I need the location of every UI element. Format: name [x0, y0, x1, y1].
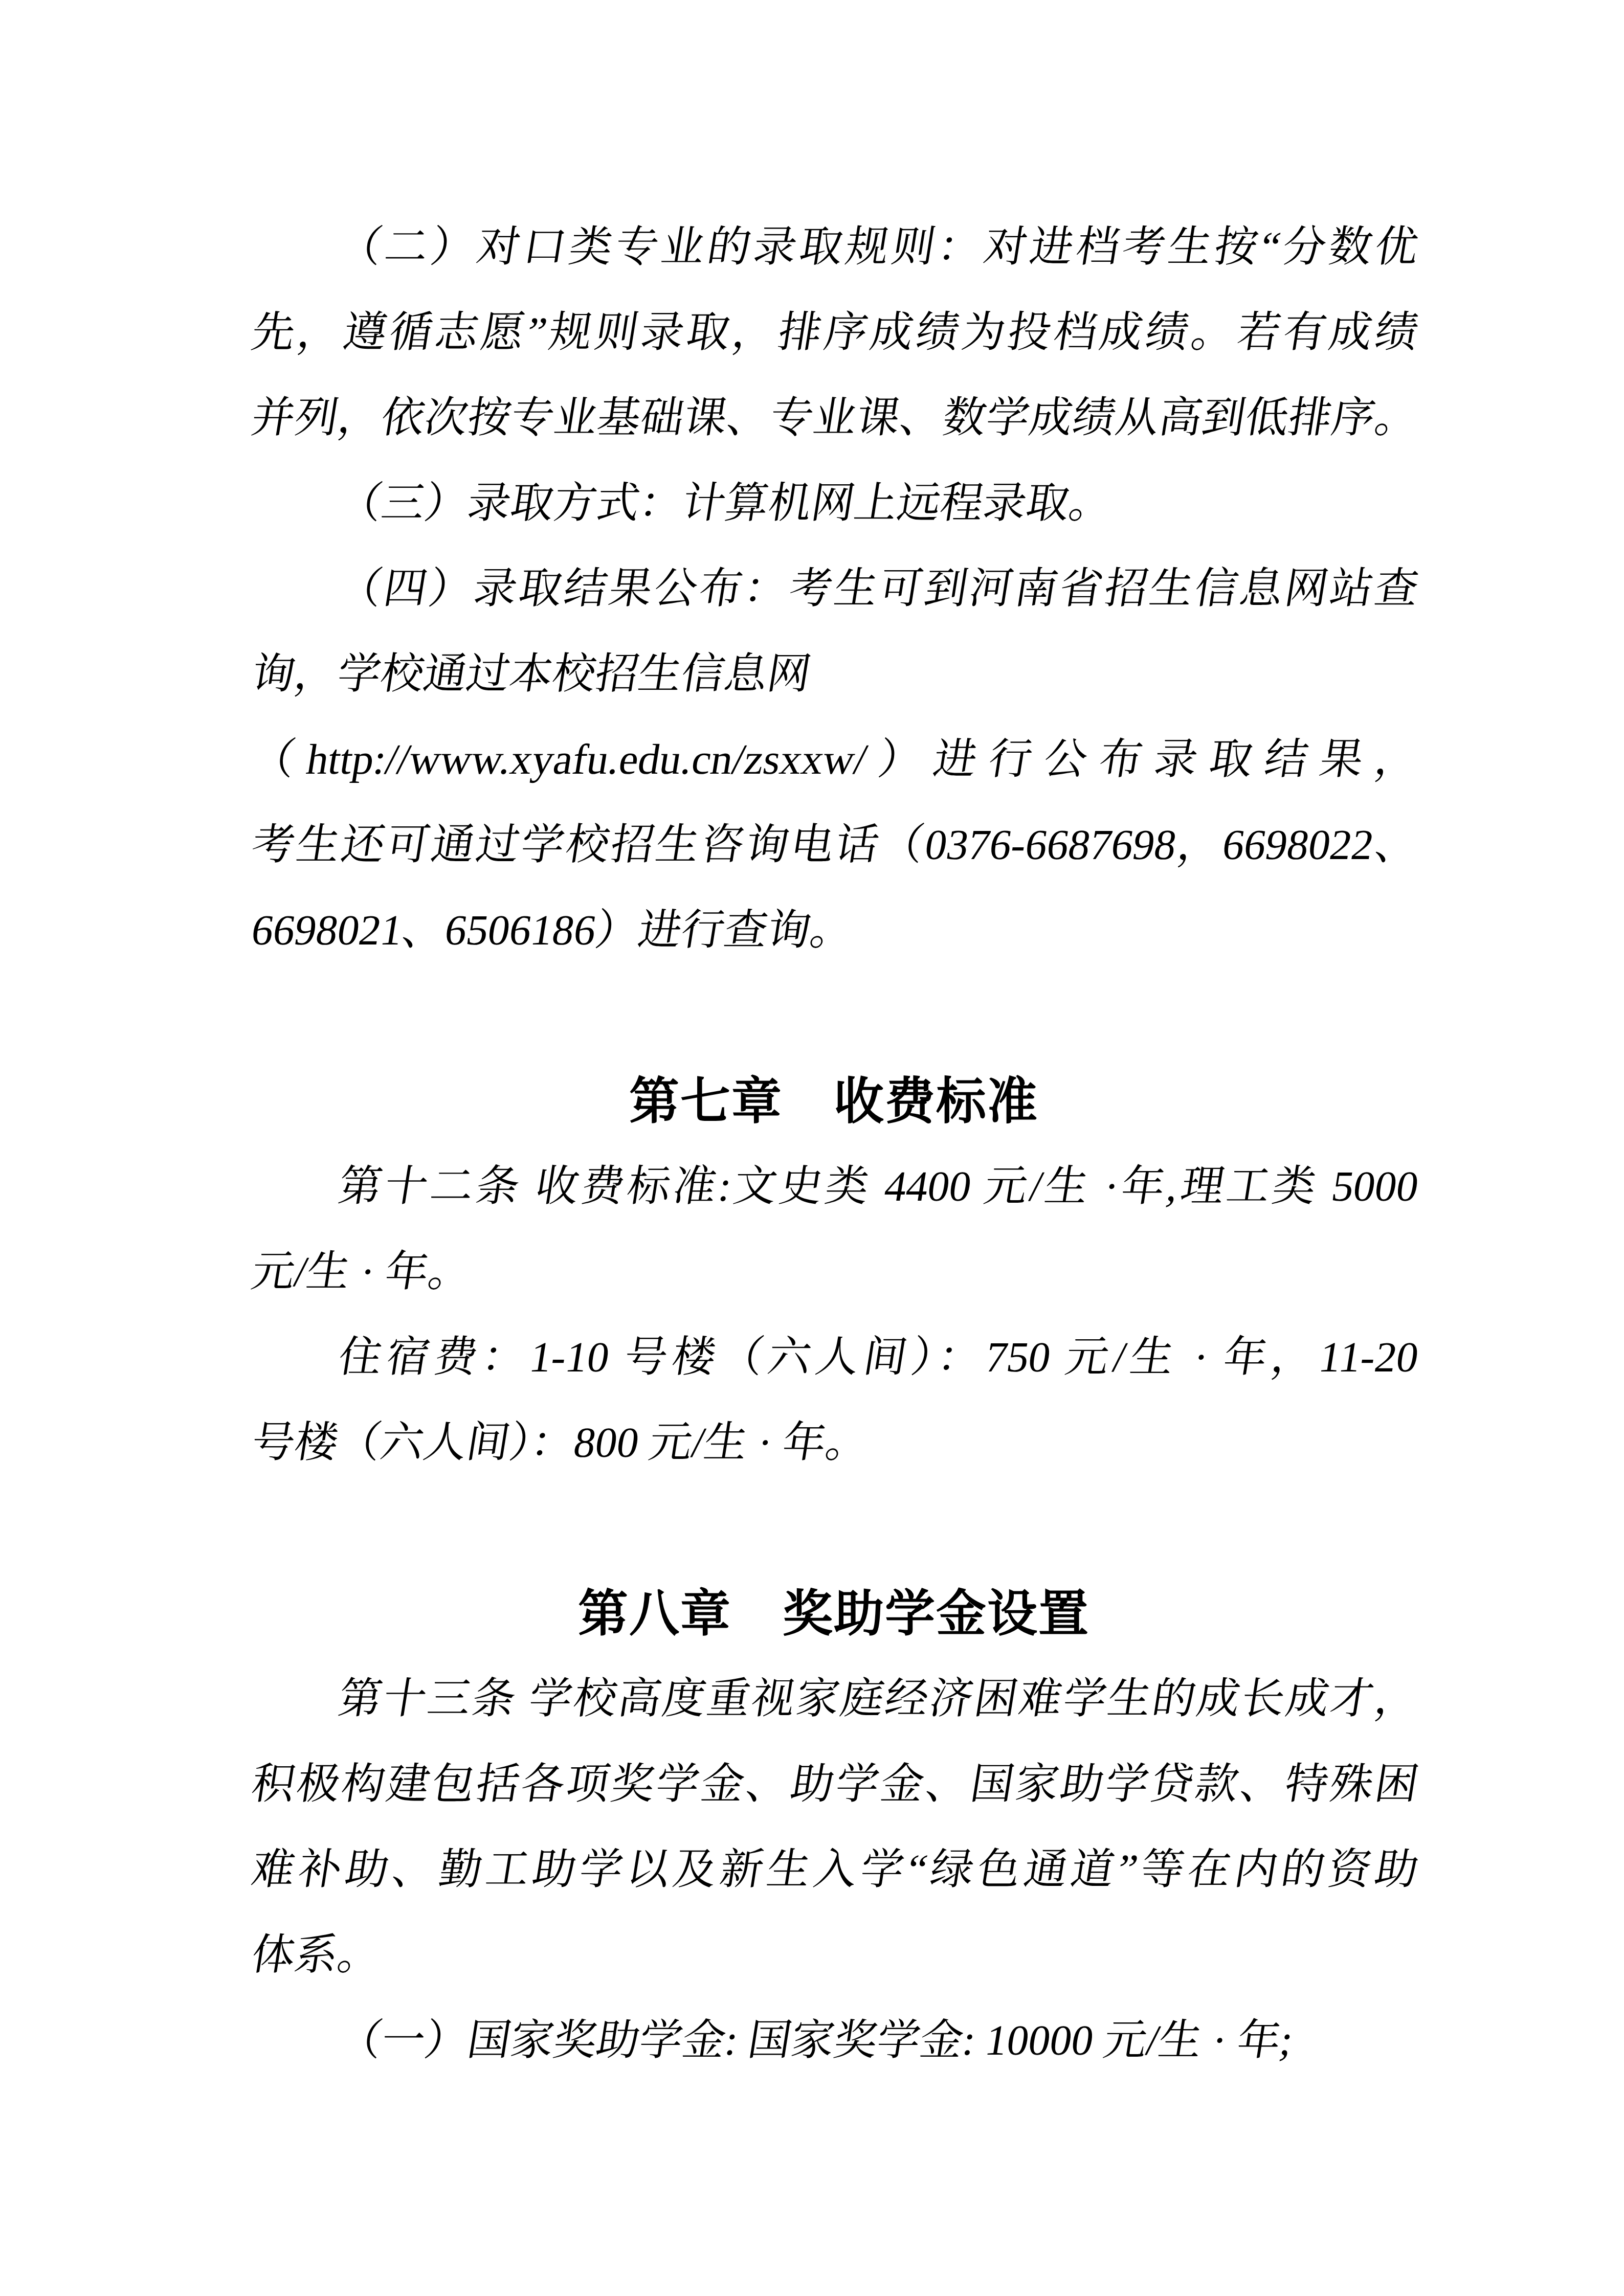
text-line: 第十三条 学校高度重视家庭经济困难学生的成长成才， — [245, 1656, 1425, 1742]
text-line-url: （http://www.xyafu.edu.cn/zsxxw/）进行公布录取结果… — [245, 717, 1425, 802]
document-text-block: （二）对口类专业的录取规则：对进档考生按“分数优 先，遵循志愿”规则录取，排序成… — [251, 205, 1417, 2083]
text-line: 号楼（六人间）：800 元/生 · 年。 — [245, 1400, 1425, 1485]
admissions-document-page: （二）对口类专业的录取规则：对进档考生按“分数优 先，遵循志愿”规则录取，排序成… — [0, 0, 1624, 2296]
text-line: （二）对口类专业的录取规则：对进档考生按“分数优 — [245, 205, 1425, 290]
text-line: （三）录取方式：计算机网上远程录取。 — [245, 461, 1425, 546]
text-line: 询，学校通过本校招生信息网 — [245, 632, 1425, 717]
blank-line — [251, 1485, 1417, 1571]
text-line: 积极构建包括各项奖学金、助学金、国家助学贷款、特殊困 — [245, 1742, 1425, 1827]
text-line: 难补助、勤工助学以及新生入学“绿色通道”等在内的资助 — [245, 1827, 1425, 1912]
chapter-7-heading: 第七章 收费标准 — [251, 1059, 1417, 1144]
text-line: 先，遵循志愿”规则录取，排序成绩为投档成绩。若有成绩 — [245, 290, 1425, 375]
text-line: 体系。 — [245, 1912, 1425, 1998]
text-line-phone: 考生还可通过学校招生咨询电话（0376-6687698，6698022、 — [245, 802, 1425, 888]
text-line: 并列，依次按专业基础课、专业课、数学成绩从高到低排序。 — [245, 375, 1425, 461]
blank-line — [251, 973, 1417, 1059]
chapter-8-heading: 第八章 奖助学金设置 — [251, 1571, 1417, 1656]
text-line: （一）国家奖助学金: 国家奖学金: 10000 元/生 · 年; — [245, 1998, 1425, 2083]
text-line-phone: 6698021、6506186）进行查询。 — [245, 888, 1425, 973]
text-line: 元/生 · 年。 — [245, 1229, 1425, 1315]
text-line: 住宿费：1-10 号楼（六人间）：750 元/生 · 年，11-20 — [245, 1315, 1425, 1400]
text-line: （四）录取结果公布：考生可到河南省招生信息网站查 — [245, 546, 1425, 632]
text-line: 第十二条 收费标准:文史类 4400 元/生 ·年,理工类 5000 — [245, 1144, 1425, 1229]
